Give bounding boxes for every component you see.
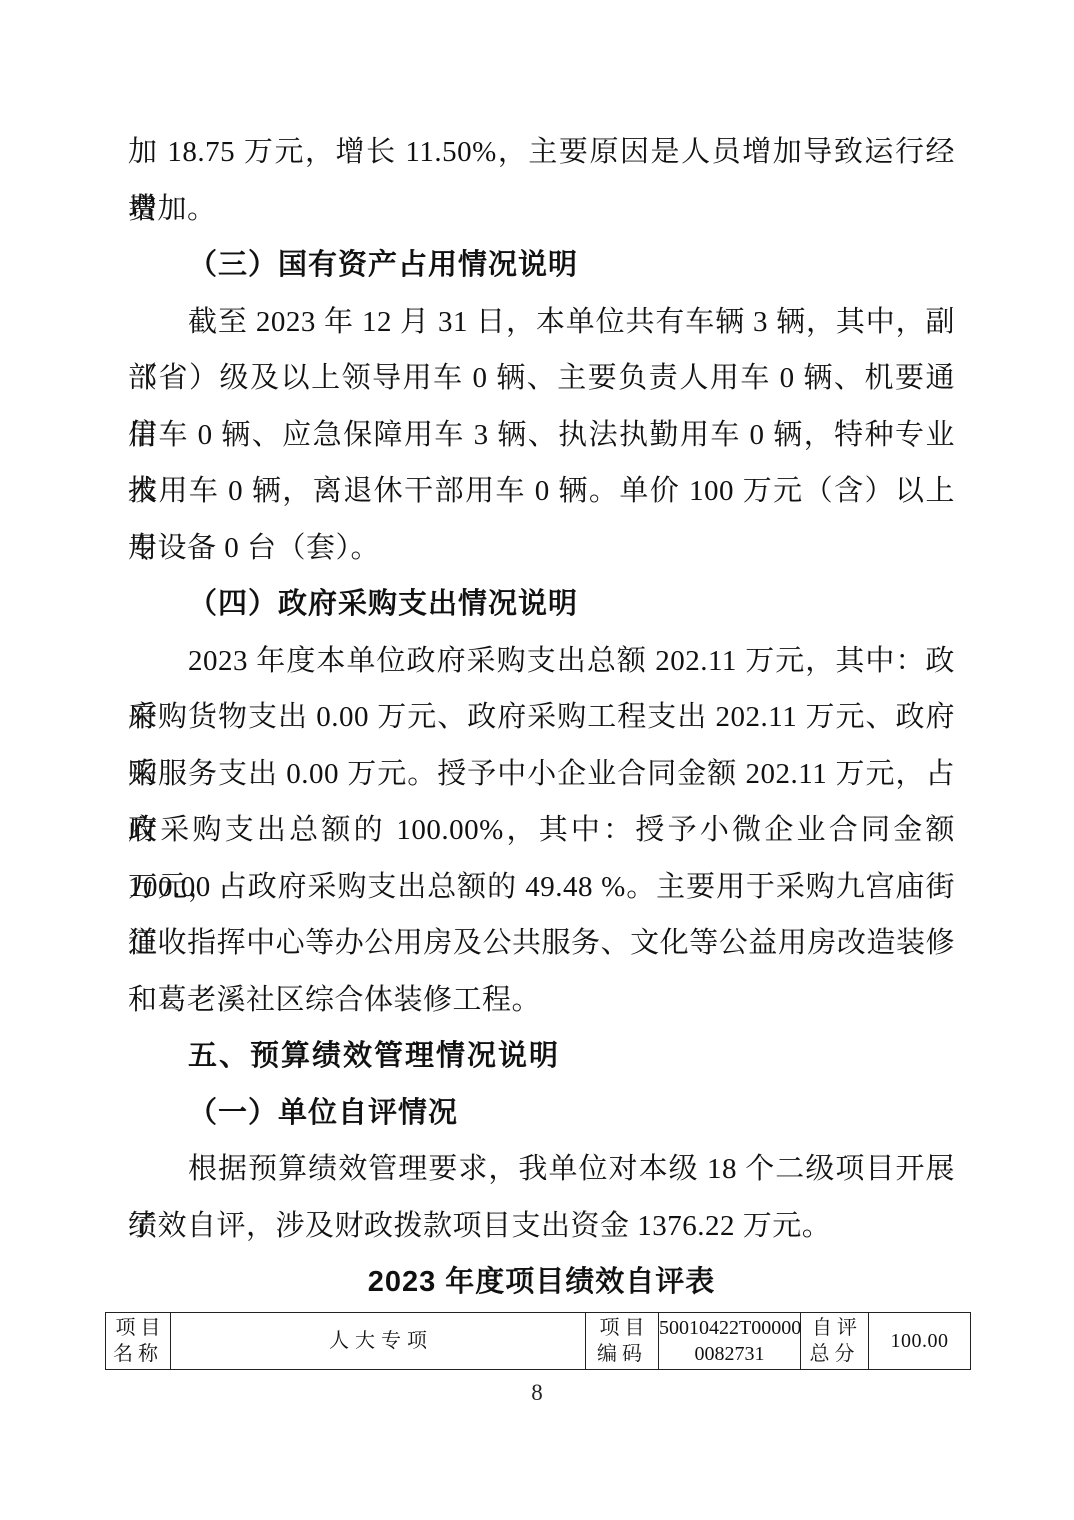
section-heading-3: （三）国有资产占用情况说明: [128, 237, 955, 294]
paragraph-line: （省）级及以上领导用车 0 辆、主要负责人用车 0 辆、机要通信: [128, 350, 955, 407]
paragraph-line: 2023 年度本单位政府采购支出总额 202.11 万元，其中：政府: [128, 633, 955, 690]
section-heading-4: （四）政府采购支出情况说明: [128, 576, 955, 633]
document-body: 加 18.75 万元，增长 11.50%，主要原因是人员增加导致运行经费增加。（…: [128, 124, 955, 1311]
project-code-value: 50010422T00000 0082731: [659, 1313, 801, 1370]
paragraph-line: 根据预算绩效管理要求，我单位对本级 18 个二级项目开展了: [128, 1141, 955, 1198]
self-score-value: 100.00: [869, 1313, 971, 1370]
paragraph-line: 用车 0 辆、应急保障用车 3 辆、执法执勤用车 0 辆，特种专业技: [128, 407, 955, 464]
paragraph-line: 征收指挥中心等办公用房及公共服务、文化等公益用房改造装修: [128, 915, 955, 972]
page-number: 8: [0, 1380, 1074, 1406]
paragraph-line: 万元，占政府采购支出总额的 49.48 %。主要用于采购九宫庙街道: [128, 859, 955, 916]
paragraph-line: 用设备 0 台（套）。: [128, 520, 955, 577]
self-evaluation-table: 项目 名称 人大专项 项目 编码 50010422T00000 0082731 …: [105, 1312, 971, 1370]
paragraph-line: 府采购支出总额的 100.00%，其中：授予小微企业合同金额 100.00: [128, 802, 955, 859]
table-title: 2023 年度项目绩效自评表: [128, 1254, 955, 1311]
paragraph-line: 购服务支出 0.00 万元。授予中小企业合同金额 202.11 万元，占政: [128, 746, 955, 803]
project-name-label: 项目 名称: [106, 1313, 171, 1370]
paragraph-line: 增加。: [128, 181, 955, 238]
section-heading-5-1: （一）单位自评情况: [128, 1085, 955, 1142]
paragraph-line: 采购货物支出 0.00 万元、政府采购工程支出 202.11 万元、政府采: [128, 689, 955, 746]
paragraph-line: 截至 2023 年 12 月 31 日，本单位共有车辆 3 辆，其中，副部: [128, 294, 955, 351]
table-row: 项目 名称 人大专项 项目 编码 50010422T00000 0082731 …: [106, 1313, 971, 1370]
paragraph-line: 绩效自评，涉及财政拨款项目支出资金 1376.22 万元。: [128, 1198, 955, 1255]
paragraph-line: 和葛老溪社区综合体装修工程。: [128, 972, 955, 1029]
self-score-label: 自评 总分: [801, 1313, 869, 1370]
paragraph-line: 加 18.75 万元，增长 11.50%，主要原因是人员增加导致运行经费: [128, 124, 955, 181]
document-page: 加 18.75 万元，增长 11.50%，主要原因是人员增加导致运行经费增加。（…: [0, 0, 1074, 1520]
paragraph-line: 术用车 0 辆，离退休干部用车 0 辆。单价 100 万元（含）以上专: [128, 463, 955, 520]
section-heading-5: 五、预算绩效管理情况说明: [128, 1028, 955, 1085]
project-name-value: 人大专项: [171, 1313, 586, 1370]
project-code-label: 项目 编码: [586, 1313, 659, 1370]
